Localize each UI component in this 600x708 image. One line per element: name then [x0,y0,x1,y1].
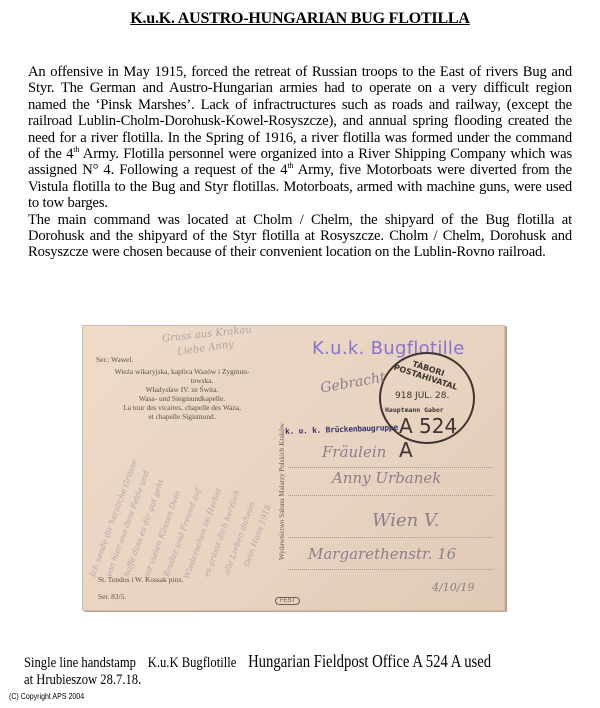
handwriting-line: Bruder und Freund auf [162,487,203,578]
address-line: Fräulein [322,443,386,461]
publisher-imprint: Wydawnictwo Salonu Malarzy Polskich Krak… [278,422,286,560]
description-line: towska. [82,376,282,385]
description-line: Władysław IV. ze Świta. [82,385,282,394]
copyright-notice: (C) Copyright APS 2004 [9,692,84,701]
address-line: Anny Urbanek [332,469,441,487]
article-body: An offensive in May 1915, forced the ret… [28,64,572,261]
address-dotted-line [288,495,493,496]
postmark-date: 918 JUL. 28. [395,391,449,401]
address-dotted-line [288,467,493,468]
address-line: Margarethenstr. 16 [308,545,456,563]
description-line: Wieża wikaryjska, kaplica Wazów i Zygmun… [82,367,282,376]
address-dotted-line [288,537,493,538]
description-line: Wasa- und Siegmundkapelle. [82,394,282,403]
postcard-series-title: Ser.: Wawel. [96,355,133,364]
caption-handstamp-label: Single line handstamp [24,655,136,671]
fest-mark: FEST [275,597,300,605]
handwritten-greeting: Gebracht [319,369,387,396]
description-line: La tour des vicaires, chapelle des Waza, [82,403,282,412]
caption-handstamp-text: K.u.K Bugflotille [148,655,237,671]
postcard-description: Wieża wikaryjska, kaplica Wazów i Zygmun… [82,367,282,421]
address-dotted-line [288,569,493,570]
postmark-number: A 524 A [399,414,473,462]
fieldpost-cancel-postmark: TÁBORI POSTAHIVATAL 918 JUL. 28. Hauptma… [379,352,475,444]
caption-fieldpost: Hungarian Fieldpost Office A 524 A used [248,651,491,671]
address-line: Wien V. [372,510,439,531]
postcard-image: Gruss aus Krakau Liebe Anny Ser.: Wawel.… [82,325,505,611]
series-number: Ser. 83/5. [98,592,126,601]
page-title: K.u.K. AUSTRO-HUNGARIAN BUG FLOTILLA [0,10,600,28]
postmark-overstrike: Hauptmann Gabor [385,406,444,414]
caption-line-2: at Hrubieszow 28.7.18. [24,672,494,689]
artist-credit: St. Tondos i W. Kossak pinx. [98,575,184,584]
caption-line-1: Single line handstampK.u.K BugflotilleHu… [24,653,494,672]
paragraph-1: An offensive in May 1915, forced the ret… [28,64,572,212]
bridge-unit-handstamp: k. u. k. Brückenbaugruppe [285,423,398,436]
description-line: et chapelle Sigismond. [82,412,282,421]
address-line: 4/10/19 [432,581,474,594]
postcard-caption: Single line handstampK.u.K BugflotilleHu… [24,653,494,689]
paragraph-2: The main command was located at Cholm / … [28,212,572,261]
